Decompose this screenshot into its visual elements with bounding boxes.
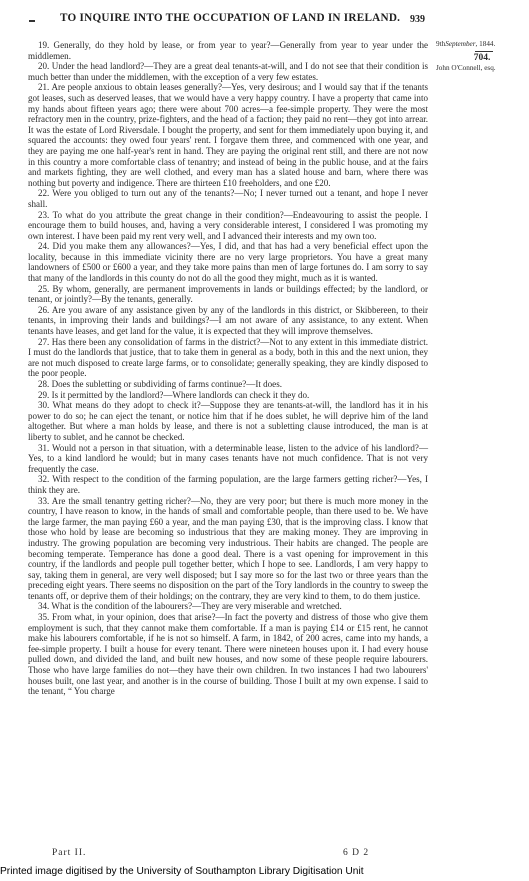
testimony-paragraph: 19. Generally, do they hold by lease, or… [28, 40, 428, 61]
testimony-paragraph: 28. Does the subletting or subdividing o… [28, 379, 428, 390]
testimony-paragraph: 30. What means do they adopt to check it… [28, 400, 428, 442]
signature-mark: 6 D 2 [343, 848, 369, 858]
testimony-paragraph: 33. Are the small tenantry getting riche… [28, 496, 428, 602]
testimony-paragraph: 26. Are you aware of any assistance give… [28, 305, 428, 337]
running-head: TO INQUIRE INTO THE OCCUPATION OF LAND I… [0, 12, 529, 28]
testimony-paragraph: 24. Did you make them any allowances?—Ye… [28, 241, 428, 283]
body-text: 19. Generally, do they hold by lease, or… [28, 40, 428, 697]
witness-name: John O'Connell, esq. [436, 64, 528, 72]
margin-date: 9thSeptember, 1844. [436, 40, 528, 48]
page-number: 939 [410, 14, 425, 25]
page-title: TO INQUIRE INTO THE OCCUPATION OF LAND I… [60, 12, 400, 24]
document-page: TO INQUIRE INTO THE OCCUPATION OF LAND I… [0, 0, 529, 881]
witness-number: 704. [436, 53, 528, 63]
digitisation-note: Printed image digitised by the Universit… [0, 866, 364, 877]
testimony-paragraph: 22. Were you obliged to turn out any of … [28, 188, 428, 209]
part-label: Part II. [52, 848, 86, 858]
testimony-paragraph: 32. With respect to the condition of the… [28, 474, 428, 495]
testimony-paragraph: 23. To what do you attribute the great c… [28, 210, 428, 242]
testimony-paragraph: 29. Is it permitted by the landlord?—Whe… [28, 390, 428, 401]
date-year: , 1844. [476, 40, 496, 48]
dash-mark [29, 20, 35, 22]
testimony-paragraph: 25. By whom, generally, are permanent im… [28, 284, 428, 305]
testimony-paragraph: 34. What is the condition of the laboure… [28, 601, 428, 612]
margin-notes: 9thSeptember, 1844. 704. John O'Connell,… [436, 40, 528, 72]
testimony-paragraph: 27. Has there been any consolidation of … [28, 337, 428, 379]
testimony-paragraph: 21. Are people anxious to obtain leases … [28, 82, 428, 188]
testimony-paragraph: 31. Would not a person in that situation… [28, 443, 428, 475]
testimony-paragraph: 35. From what, in your opinion, does tha… [28, 612, 428, 697]
margin-rule [475, 51, 493, 52]
date-day: 9th [436, 40, 445, 48]
date-month: September [445, 40, 475, 48]
testimony-paragraph: 20. Under the head landlord?—They are a … [28, 61, 428, 82]
